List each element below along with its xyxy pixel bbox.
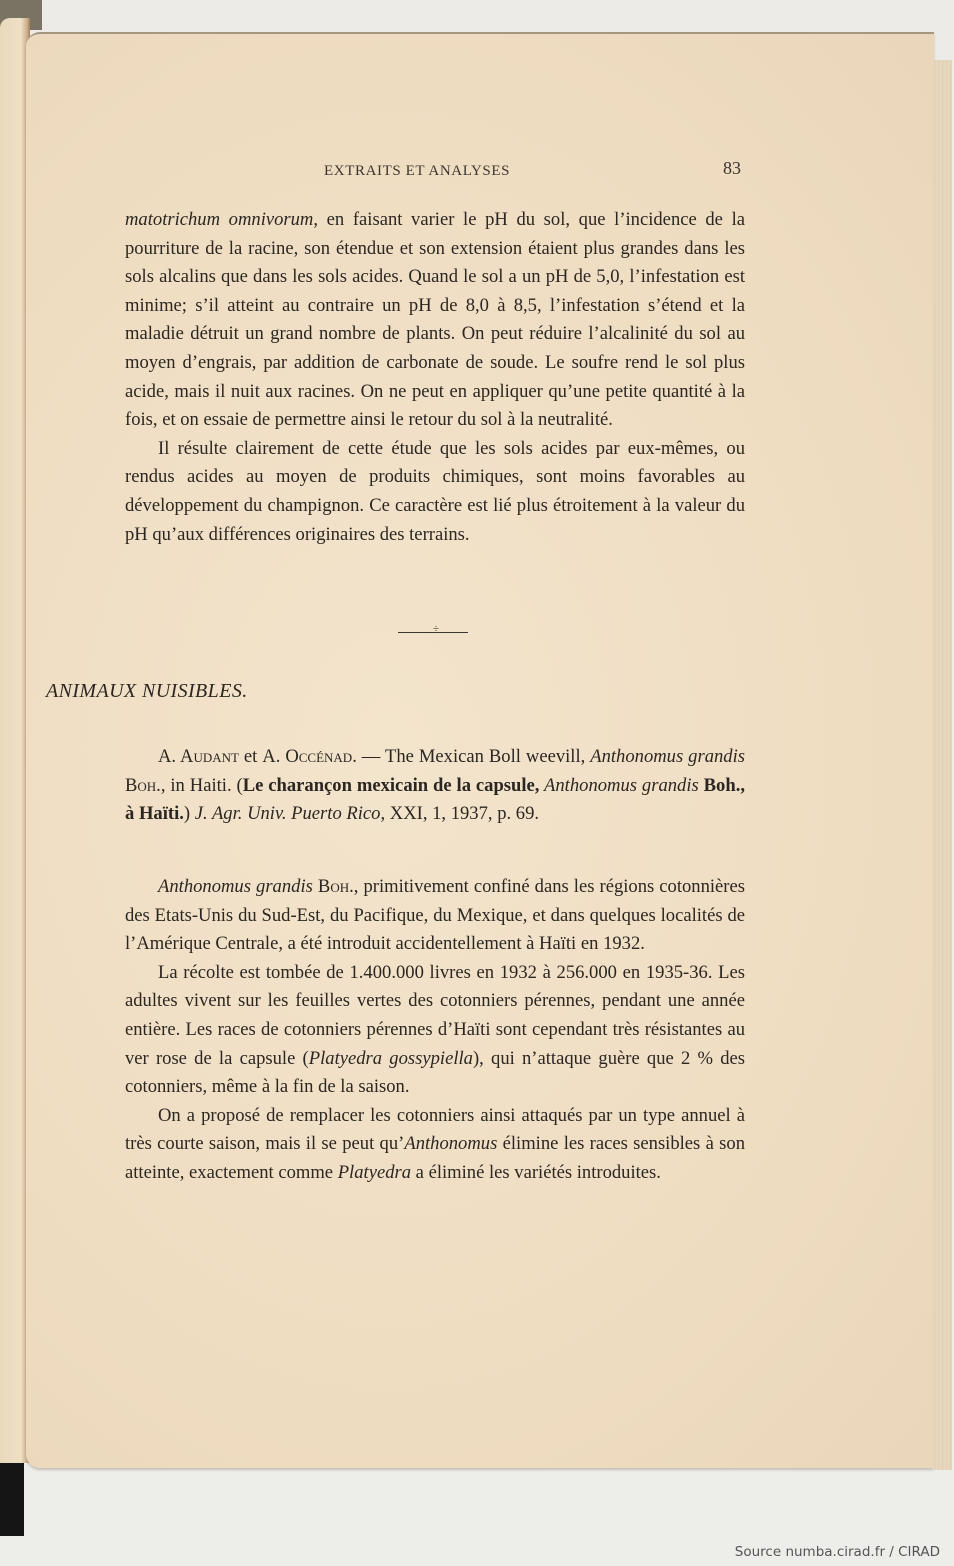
french-title: Le charançon mexicain de la capsule, [243, 775, 540, 796]
species-name: Anthonomus grandis [539, 775, 703, 796]
paragraph: On a proposé de remplacer les cotonniers… [125, 1102, 745, 1188]
species-name: matotrichum omnivorum [125, 209, 313, 230]
divider-ornament: ÷ [433, 624, 439, 635]
running-title: EXTRAITS ET ANALYSES [324, 163, 510, 180]
species-name: Anthonomus grandis [158, 876, 313, 897]
source-credit: Source numba.cirad.fr / CIRAD [735, 1544, 940, 1560]
species-name: Anthonomus [404, 1133, 497, 1154]
species-name: Anthonomus grandis [590, 746, 745, 767]
paragraph: Il résulte clairement de cette étude que… [125, 435, 745, 549]
author: A. Audant [158, 746, 239, 767]
citation-block: A. Audant et A. Occénad. — The Mexican B… [125, 743, 745, 829]
section-weevil-text: Anthonomus grandis Boh., primitivement c… [125, 873, 745, 1188]
author: A. Occénad. [262, 746, 357, 767]
paragraph: matotrichum omnivorum, en faisant varier… [125, 206, 745, 435]
citation: A. Audant et A. Occénad. — The Mexican B… [125, 743, 745, 829]
paragraph: La récolte est tombée de 1.400.000 livre… [125, 959, 745, 1102]
species-name: Platyedra gossypiella [309, 1048, 473, 1069]
page-stack-edge [932, 60, 952, 1470]
page-number: 83 [723, 158, 741, 179]
journal-name: J. Agr. Univ. Puerto Rico [195, 803, 381, 824]
paragraph: Anthonomus grandis Boh., primitivement c… [125, 873, 745, 959]
section-heading: ANIMAUX NUISIBLES. [46, 680, 248, 703]
species-name: Platyedra [338, 1162, 411, 1183]
section-ph-soil-text: matotrichum omnivorum, en faisant varier… [125, 206, 745, 549]
